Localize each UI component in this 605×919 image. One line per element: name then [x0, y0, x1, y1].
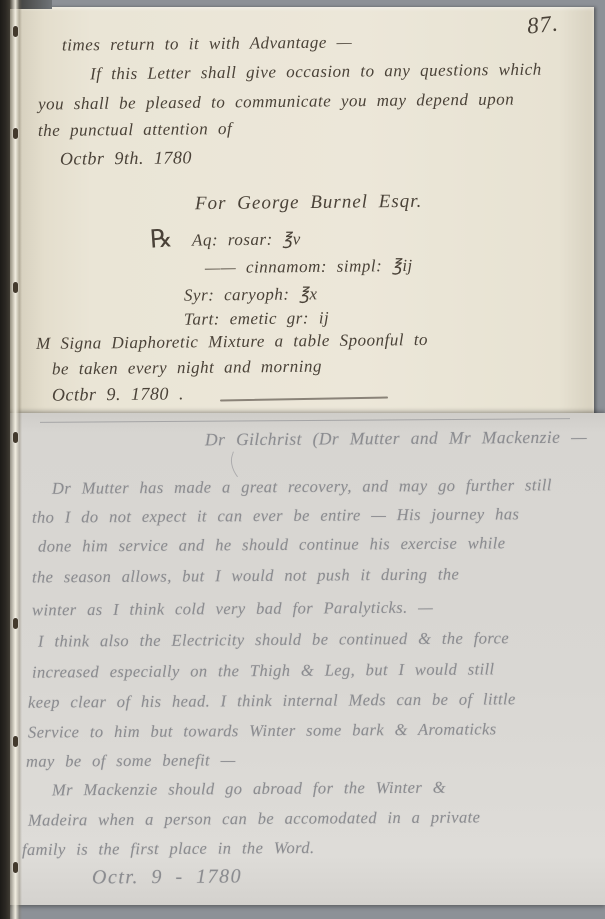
consultation-line: done him service and he should continue … [38, 533, 506, 556]
consultation-line: Dr Mutter has made a great recovery, and… [52, 475, 552, 498]
folio-number: 87. [526, 10, 560, 39]
consultation-line: Madeira when a person can be accomodated… [28, 807, 480, 830]
consultation-line: I think also the Electricity should be c… [38, 628, 509, 651]
consultation-line: family is the first place in the Word. [22, 838, 315, 860]
manuscript-photo: 87. times return to it with Advantage — … [0, 0, 605, 919]
consultation-line: Service to him but towards Winter some b… [28, 719, 497, 742]
prescription-heading: For George Burnel Esqr. [195, 191, 422, 215]
prescription-ingredient: —— cinnamom: simpl: ℥ij [205, 256, 413, 278]
stitch-mark [13, 128, 18, 139]
consultation-line: the season allows, but I would not push … [32, 565, 459, 588]
signa-line: M Signa Diaphoretic Mixture a table Spoo… [36, 330, 428, 354]
consultation-line: winter as I think cold very bad for Para… [32, 598, 433, 621]
stitch-mark [13, 282, 18, 293]
letter-line: the punctual attention of [38, 119, 232, 141]
stitch-mark [13, 736, 18, 747]
stitch-mark [13, 862, 18, 873]
consultation-line: tho I do not expect it can ever be entir… [32, 504, 519, 527]
book-spine [0, 0, 10, 919]
prescription-ingredient: Tart: emetic gr: ij [184, 308, 329, 330]
consultation-line: Mr Mackenzie should go abroad for the Wi… [52, 778, 446, 801]
consultation-date: Octr. 9 - 1780 [92, 865, 242, 889]
consultation-line: increased especially on the Thigh & Leg,… [32, 659, 495, 682]
stitch-mark [13, 618, 18, 629]
consultation-heading: Dr Gilchrist (Dr Mutter and Mr Mackenzie… [205, 427, 587, 451]
letter-date: Octbr 9th. 1780 [60, 147, 192, 169]
consultation-line: keep clear of his head. I think internal… [28, 689, 516, 712]
stitch-mark [13, 432, 18, 443]
rx-symbol: ℞ [149, 223, 173, 254]
letter-line: times return to it with Advantage — [62, 32, 352, 55]
stitch-mark [13, 26, 18, 37]
consultation-line: may be of some benefit — [26, 750, 236, 771]
prescription-date: Octbr 9. 1780 . [52, 383, 184, 405]
prescription-ingredient: Syr: caryoph: ℥x [184, 284, 318, 305]
signa-line: be taken every night and morning [52, 357, 322, 380]
prescription-ingredient: Aq: rosar: ℥v [192, 229, 301, 250]
